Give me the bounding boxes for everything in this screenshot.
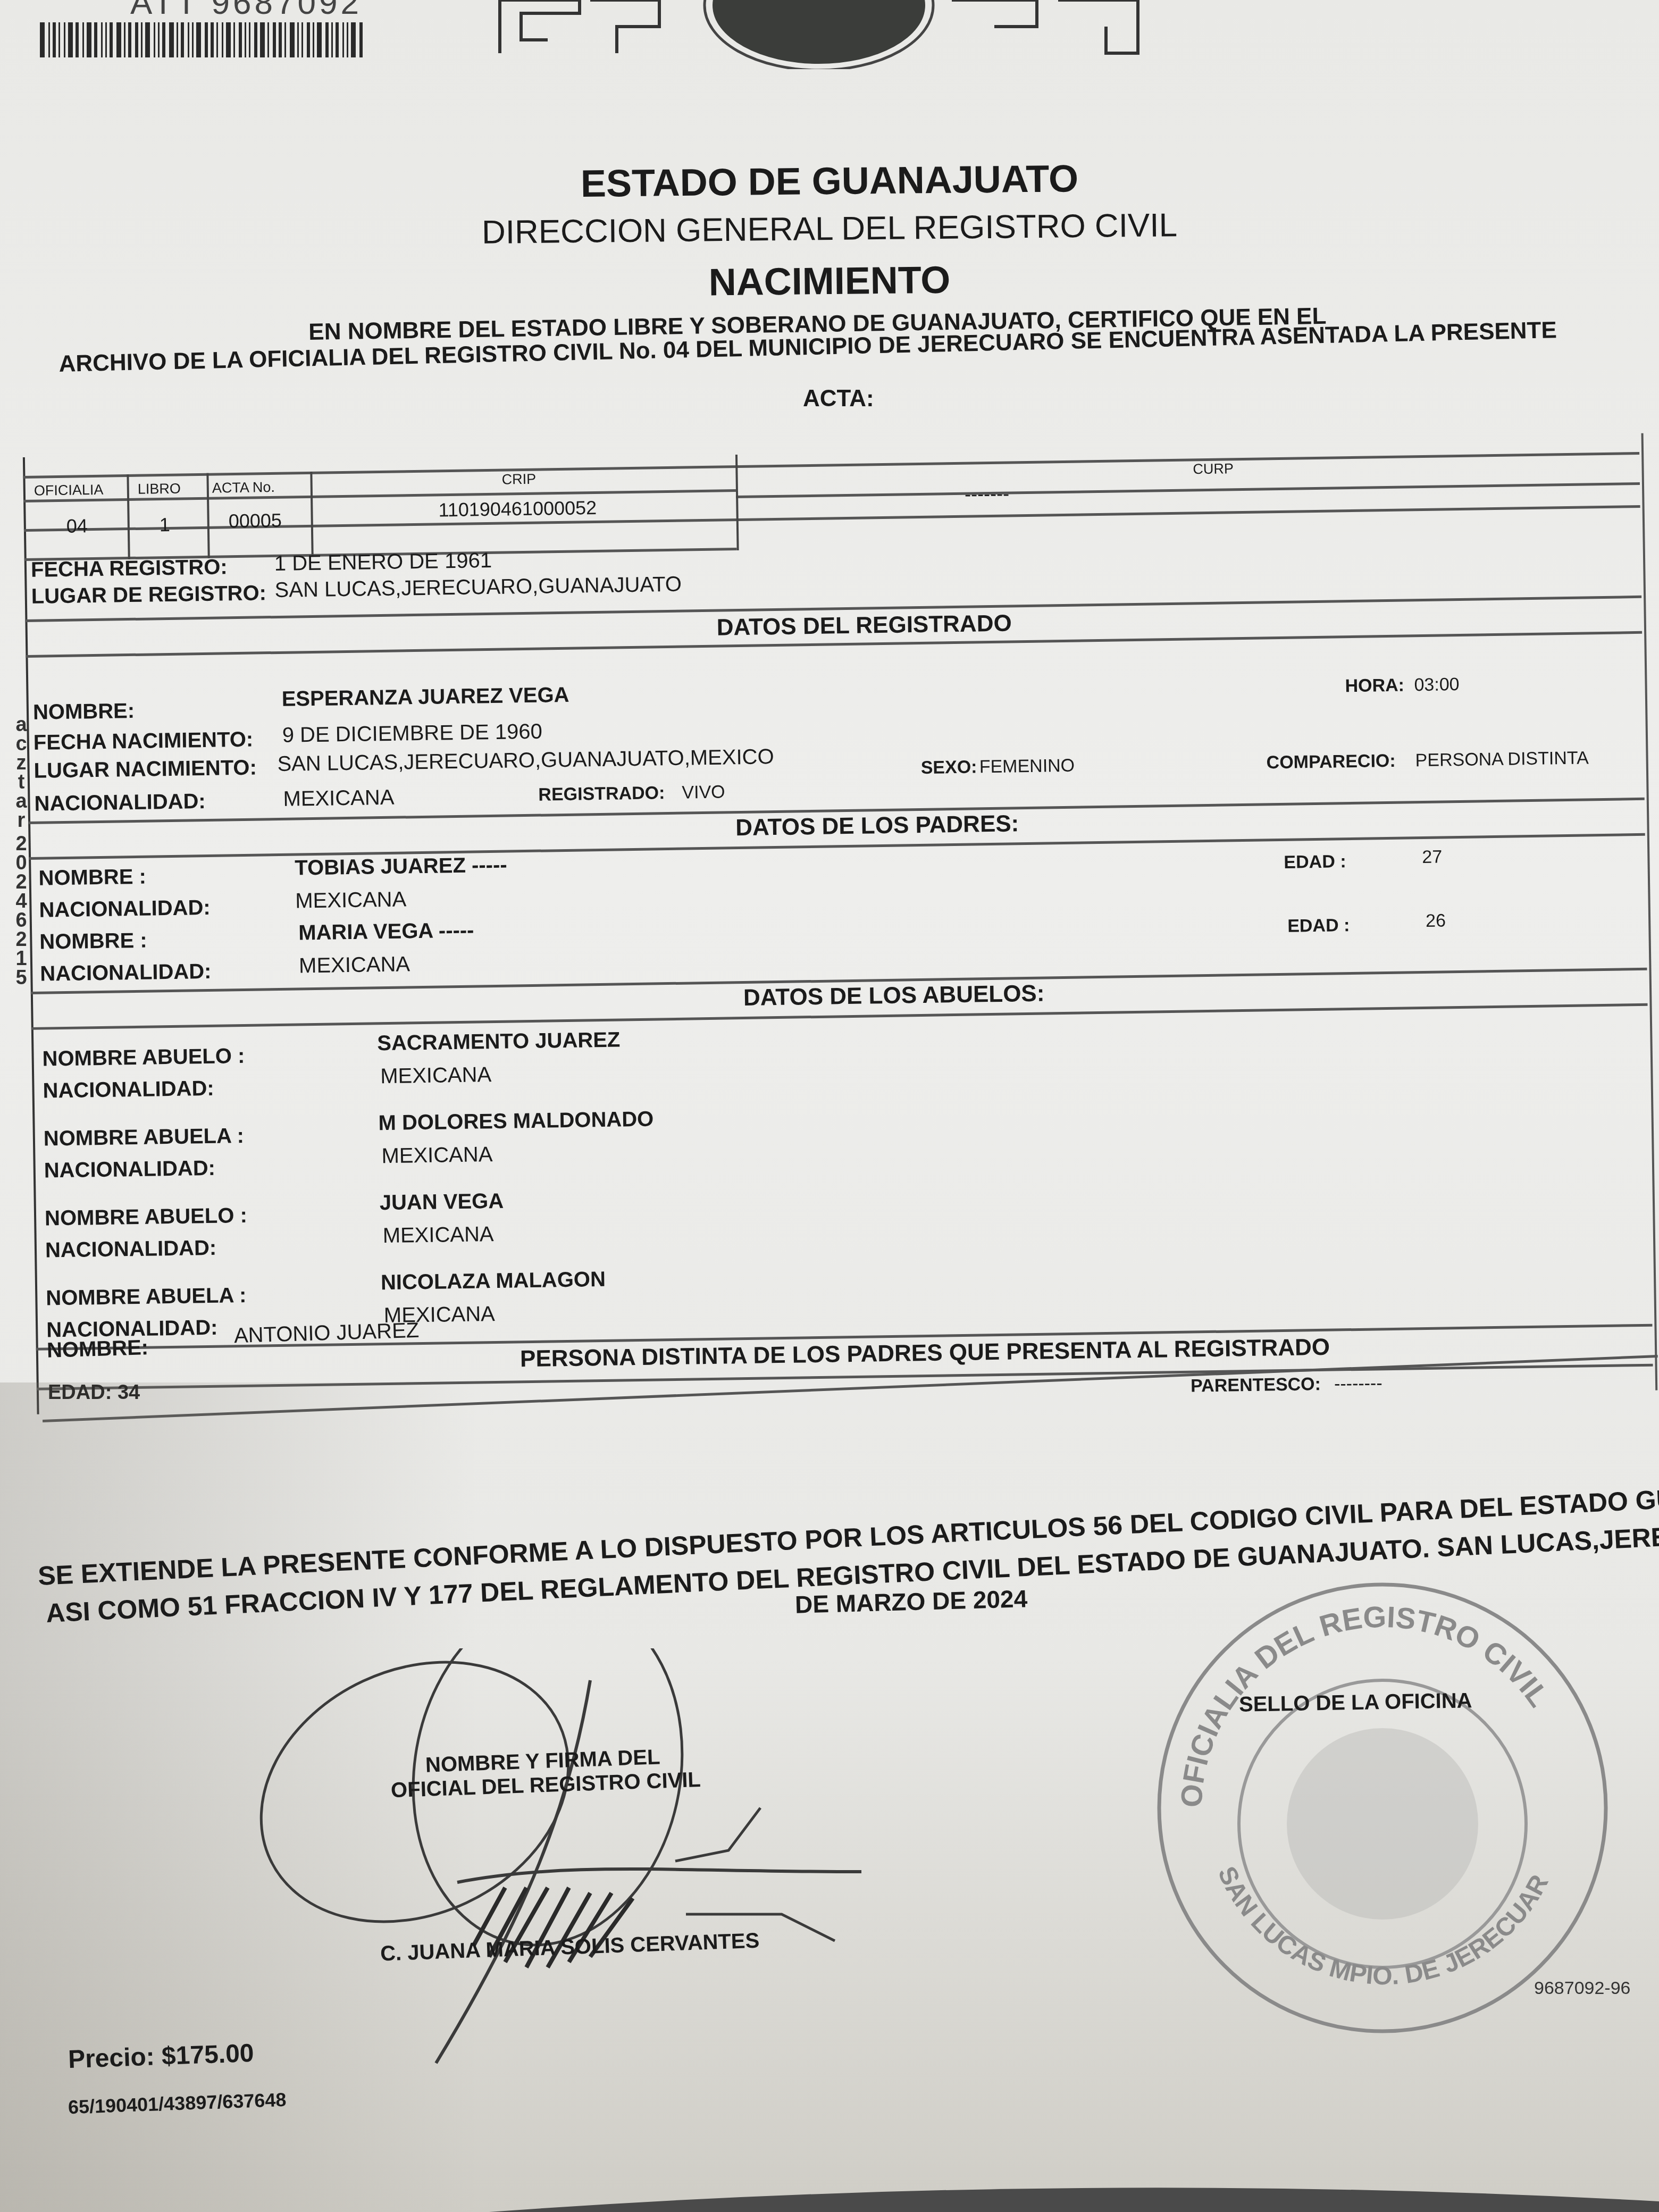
header-crip: CRIP [501,471,536,488]
abuelo-nacionalidad-label: NACIONALIDAD: [45,1236,217,1263]
folio-number: 9687092-96 [1534,1978,1631,1999]
decorative-border-icon [489,2180,1659,2212]
sexo-label: SEXO: [920,757,977,778]
abuelo-nombre-label: NOMBRE ABUELA : [46,1284,247,1311]
signature-icon [250,1648,888,2084]
abuelo-nacionalidad-label: NACIONALIDAD: [43,1077,214,1103]
padre-edad-value: 27 [1422,847,1442,868]
padre-nacionalidad-value: MEXICANA [295,887,407,913]
header-acta: ACTA No. [212,479,275,497]
header-libro: LIBRO [138,481,181,498]
madre-nacionalidad-label: NACIONALIDAD: [40,960,212,986]
value-libro: 1 [159,514,170,536]
abuelo-nombre-label: NOMBRE ABUELO : [42,1044,245,1071]
margin-code-char: a [15,792,27,811]
value-crip: 110190461000052 [438,497,597,521]
form-frame [23,433,1657,1414]
serial-number: ATT 9687092 [130,0,362,22]
national-crest-icon [484,0,1154,69]
abuelo-nacionalidad-value: MEXICANA [381,1143,493,1168]
comparecio-value: PERSONA DISTINTA [1415,748,1589,771]
margin-code-char: r [18,811,26,830]
madre-nombre-value: MARIA VEGA ----- [298,919,474,945]
sexo-value: FEMENINO [979,756,1075,778]
lugar-nacimiento-label: LUGAR NACIMIENTO: [33,756,257,783]
fecha-registro-label: FECHA REGISTRO: [31,555,228,582]
presentante-edad-label: EDAD: [48,1381,112,1404]
hora-value: 03:00 [1414,674,1460,696]
value-acta: 00005 [228,509,282,532]
parentesco-label: PARENTESCO: [1191,1374,1321,1397]
sello-label: SELLO DE LA OFICINA [1239,1689,1472,1717]
margin-code-char: z [16,753,27,773]
barcode-icon [40,22,380,57]
madre-nombre-label: NOMBRE : [39,929,147,954]
madre-edad-label: EDAD : [1287,915,1350,937]
intro-line-3: ACTA: [803,386,874,412]
legal-line-3: DE MARZO DE 2024 [794,1584,1027,1619]
margin-code-char: t [18,773,25,792]
value-oficialia: 04 [66,515,88,538]
header-oficialia: OFICIALIA [34,482,104,499]
section-registrado: DATOS DEL REGISTRADO [716,610,1012,641]
abuelo-nombre-value: NICOLAZA MALAGON [381,1268,606,1295]
padre-edad-label: EDAD : [1284,851,1346,873]
office-stamp-icon: OFICIALIA DEL REGISTRO CIVIL SAN LUCAS M… [1149,1574,1616,2042]
presentante-edad-value: 34 [118,1381,140,1404]
padre-nombre-value: TOBIAS JUAREZ ----- [295,853,507,881]
presentante-edad: EDAD: 34 [48,1381,140,1404]
abuelo-nombre-label: NOMBRE ABUELO : [45,1204,247,1231]
madre-nacionalidad-value: MEXICANA [299,952,410,978]
registrado-status-label: REGISTRADO: [538,783,665,806]
margin-code-char: 2 [15,873,27,892]
registrado-nombre-value: ESPERANZA JUAREZ VEGA [281,683,569,711]
section-padres: DATOS DE LOS PADRES: [735,810,1019,841]
margin-code-char: 6 [15,911,27,930]
parentesco-value: -------- [1334,1373,1382,1394]
abuelo-nacionalidad-label: NACIONALIDAD: [44,1157,215,1183]
fecha-nacimiento-value: 9 DE DICIEMBRE DE 1960 [282,720,542,748]
value-curp: ------- [965,482,1010,505]
hora-label: HORA: [1345,675,1404,697]
abuelo-nacionalidad-value: MEXICANA [380,1063,492,1088]
padre-nombre-label: NOMBRE : [38,865,146,891]
nacionalidad-value: MEXICANA [283,786,395,811]
abuelo-nacionalidad-value: MEXICANA [382,1222,494,1248]
nacionalidad-label: NACIONALIDAD: [34,790,206,816]
margin-code-char: 5 [15,968,27,987]
comparecio-label: COMPARECIO: [1266,751,1396,774]
abuelo-nombre-value: SACRAMENTO JUAREZ [377,1028,621,1055]
margin-code-char: c [15,734,27,753]
margin-code-char: 4 [15,892,27,911]
abuelo-nombre-value: JUAN VEGA [379,1189,504,1215]
section-abuelos: DATOS DE LOS ABUELOS: [743,981,1045,1011]
registrado-status-value: VIVO [682,782,725,803]
header-curp: CURP [1193,460,1234,477]
birth-record-form: OFICIALIA LIBRO ACTA No. CRIP CURP 04 1 … [22,401,1659,1425]
lugar-registro-label: LUGAR DE REGISTRO: [31,581,266,609]
margin-code-char: a [15,715,27,734]
registrado-nombre-label: NOMBRE: [33,699,135,725]
padre-nacionalidad-label: NACIONALIDAD: [39,896,211,923]
margin-code-char: 0 [15,853,27,873]
margin-code-char: 2 [15,930,27,949]
margin-code-char: 1 [15,949,27,968]
madre-edad-value: 26 [1426,910,1446,932]
margin-code-char: 2 [15,834,27,853]
abuelo-nombre-value: M DOLORES MALDONADO [378,1108,653,1136]
abuelo-nombre-label: NOMBRE ABUELA : [44,1124,245,1151]
fecha-nacimiento-label: FECHA NACIMIENTO: [33,728,254,755]
fecha-registro-value: 1 DE ENERO DE 1961 [274,549,492,576]
presentante-nombre-label: NOMBRE: [46,1336,148,1363]
